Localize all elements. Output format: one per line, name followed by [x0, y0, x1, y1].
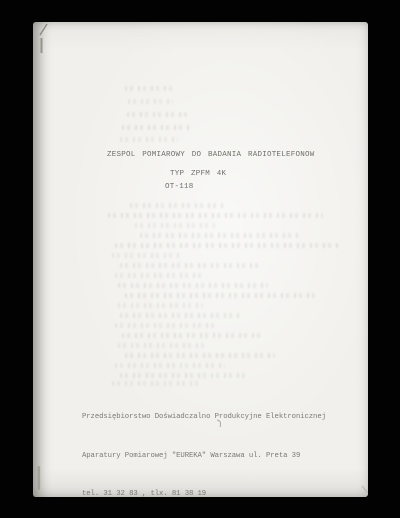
- staple-mark: [40, 24, 47, 53]
- ghost-text-line: [125, 86, 177, 91]
- ghost-text-line: [135, 223, 215, 228]
- ghost-text-line: [120, 373, 250, 378]
- manufacturer-name-line: Przedsiębiorstwo Doświadczalno Produkcyj…: [82, 411, 326, 424]
- ghost-text-line: [118, 283, 268, 288]
- ghost-text-line: [120, 313, 240, 318]
- document-type: TYP ZPFM 4K: [170, 170, 226, 178]
- ghost-text-line: [128, 99, 173, 104]
- ghost-text-line: [112, 253, 182, 258]
- ghost-text-line: [125, 293, 315, 298]
- document-number: OT-118: [165, 183, 194, 191]
- ghost-text-line: [120, 263, 260, 268]
- ghost-text-line: [122, 333, 262, 338]
- document-title: ZESPOL POMIAROWY DO BADANIA RADIOTELEFON…: [107, 151, 315, 159]
- ghost-text-line: [118, 303, 203, 308]
- manufacturer-phone-line: tel. 31 32 83 , tlx. 81 38 19: [82, 488, 326, 501]
- ghost-text-line: [122, 125, 192, 130]
- binding-smudge: [38, 466, 41, 490]
- ghost-text-line: [115, 243, 340, 248]
- ghost-text-line: [118, 343, 208, 348]
- ghost-text-line: [127, 112, 189, 117]
- document-page: ZESPOL POMIAROWY DO BADANIA RADIOTELEFON…: [33, 22, 368, 497]
- manufacturer-address-line: Aparatury Pomiarowej "EUREKA" Warszawa u…: [82, 450, 326, 463]
- ghost-text-line: [125, 353, 275, 358]
- ghost-text-line: [130, 203, 225, 208]
- scanner-background: { "document": { "kind": "scanned typewri…: [0, 0, 400, 518]
- address-block: Przedsiębiorstwo Doświadczalno Produkcyj…: [82, 386, 326, 518]
- ghost-text-line: [115, 273, 205, 278]
- ghost-text-line: [140, 233, 300, 238]
- corner-fold-mark: [362, 486, 368, 493]
- ghost-text-line: [120, 137, 178, 142]
- ghost-text-line: [108, 213, 323, 218]
- ghost-text-line: [115, 363, 225, 368]
- ghost-text-line: [115, 323, 215, 328]
